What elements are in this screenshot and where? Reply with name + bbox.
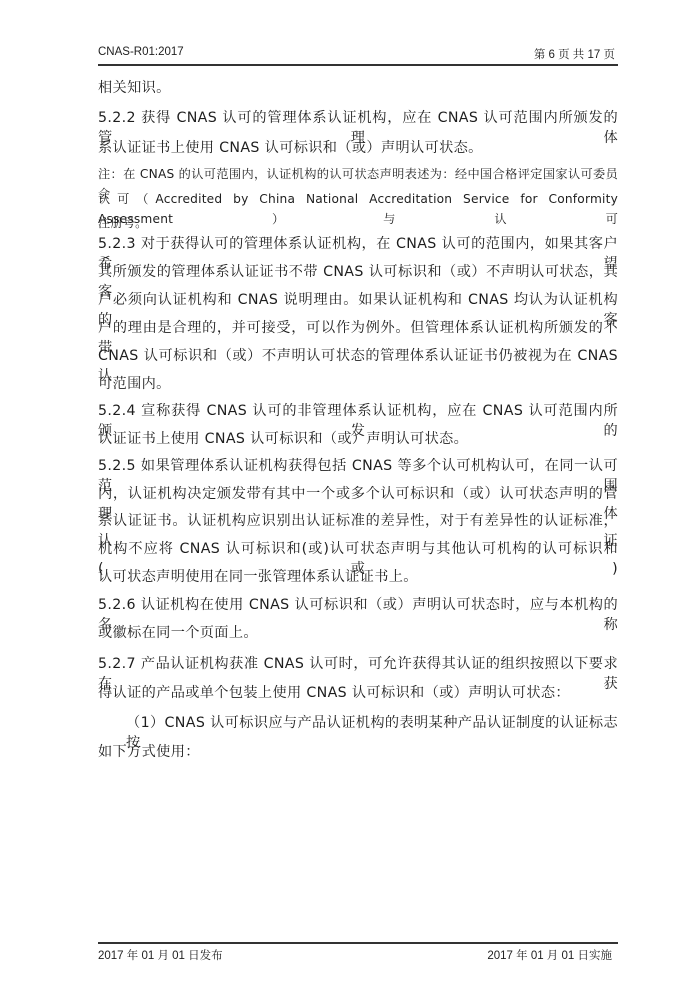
text-line: 认证证书上使用 CNAS 认可标识和（或）声明认可状态。 xyxy=(98,429,618,449)
text-line: 系认证证书上使用 CNAS 认可标识和（或）声明认可状态。 xyxy=(98,138,618,158)
page-number-info: 第 6 页 共 17 页 xyxy=(534,46,615,62)
header-divider xyxy=(98,64,618,66)
text-line: 或徽标在同一个页面上。 xyxy=(98,623,618,643)
note-line: 注册号。 xyxy=(98,213,618,233)
text-line: 得认证的产品或单个包装上使用 CNAS 认可标识和（或）声明认可状态： xyxy=(98,683,618,703)
issue-date: 2017 年 01 月 01 日发布 xyxy=(98,947,223,963)
document-code: CNAS-R01:2017 xyxy=(98,46,184,58)
effective-date: 2017 年 01 月 01 日实施 xyxy=(487,947,612,963)
document-page: CNAS-R01:2017 第 6 页 共 17 页 相关知识。5.2.2 获得… xyxy=(0,0,700,990)
text-line: 相关知识。 xyxy=(98,78,618,98)
text-line: 可范围内。 xyxy=(98,374,618,394)
text-line: 认可状态声明使用在同一张管理体系认证证书上。 xyxy=(98,567,618,587)
text-line: 如下方式使用： xyxy=(98,742,618,762)
footer-divider xyxy=(98,942,618,944)
